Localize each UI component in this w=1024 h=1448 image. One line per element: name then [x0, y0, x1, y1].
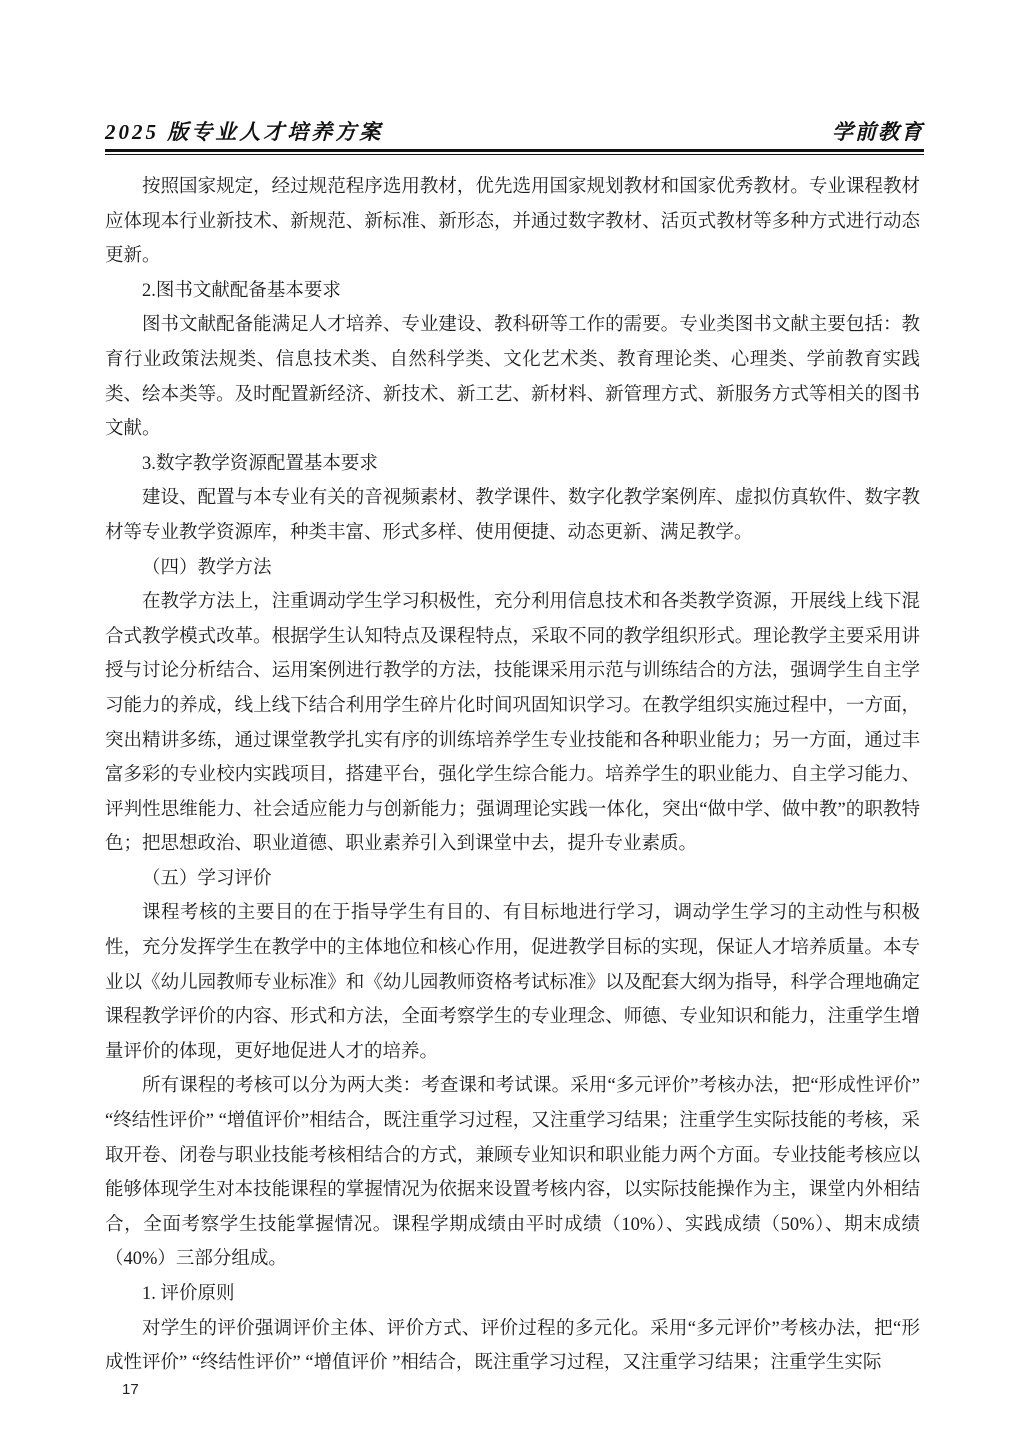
paragraph: 课程考核的主要目的在于指导学生有目的、有目标地进行学习，调动学生学习的主动性与积… [105, 896, 920, 1069]
paragraph: 按照国家规定，经过规范程序选用教材，优先选用国家规划教材和国家优秀教材。专业课程… [105, 170, 920, 274]
section-heading: 1. 评价原则 [105, 1277, 920, 1312]
paragraph: 所有课程的考核可以分为两大类：考查课和考试课。采用“多元评价”考核办法，把“形成… [105, 1069, 920, 1277]
paragraph: 建设、配置与本专业有关的音视频素材、教学课件、数字化教学案例库、虚拟仿真软件、数… [105, 481, 920, 550]
section-heading: 3.数字教学资源配置基本要求 [105, 447, 920, 482]
section-heading: （四）教学方法 [105, 551, 920, 586]
page-number: 17 [122, 1381, 139, 1398]
document-body: 按照国家规定，经过规范程序选用教材，优先选用国家规划教材和国家优秀教材。专业课程… [105, 170, 920, 1381]
paragraph: 对学生的评价强调评价主体、评价方式、评价过程的多元化。采用“多元评价”考核办法，… [105, 1312, 920, 1381]
paragraph: 图书文献配备能满足人才培养、专业建设、教科研等工作的需要。专业类图书文献主要包括… [105, 308, 920, 446]
paragraph: 在教学方法上，注重调动学生学习积极性，充分利用信息技术和各类教学资源，开展线上线… [105, 585, 920, 862]
section-heading: （五）学习评价 [105, 862, 920, 897]
document-page: 2025 版专业人才培养方案 学前教育 按照国家规定，经过规范程序选用教材，优先… [0, 0, 1024, 1448]
page-header: 2025 版专业人才培养方案 学前教育 [105, 116, 924, 146]
header-double-rule [105, 149, 924, 155]
header-left-title: 2025 版专业人才培养方案 [105, 116, 383, 146]
section-heading: 2.图书文献配备基本要求 [105, 274, 920, 309]
header-right-title: 学前教育 [832, 116, 924, 146]
